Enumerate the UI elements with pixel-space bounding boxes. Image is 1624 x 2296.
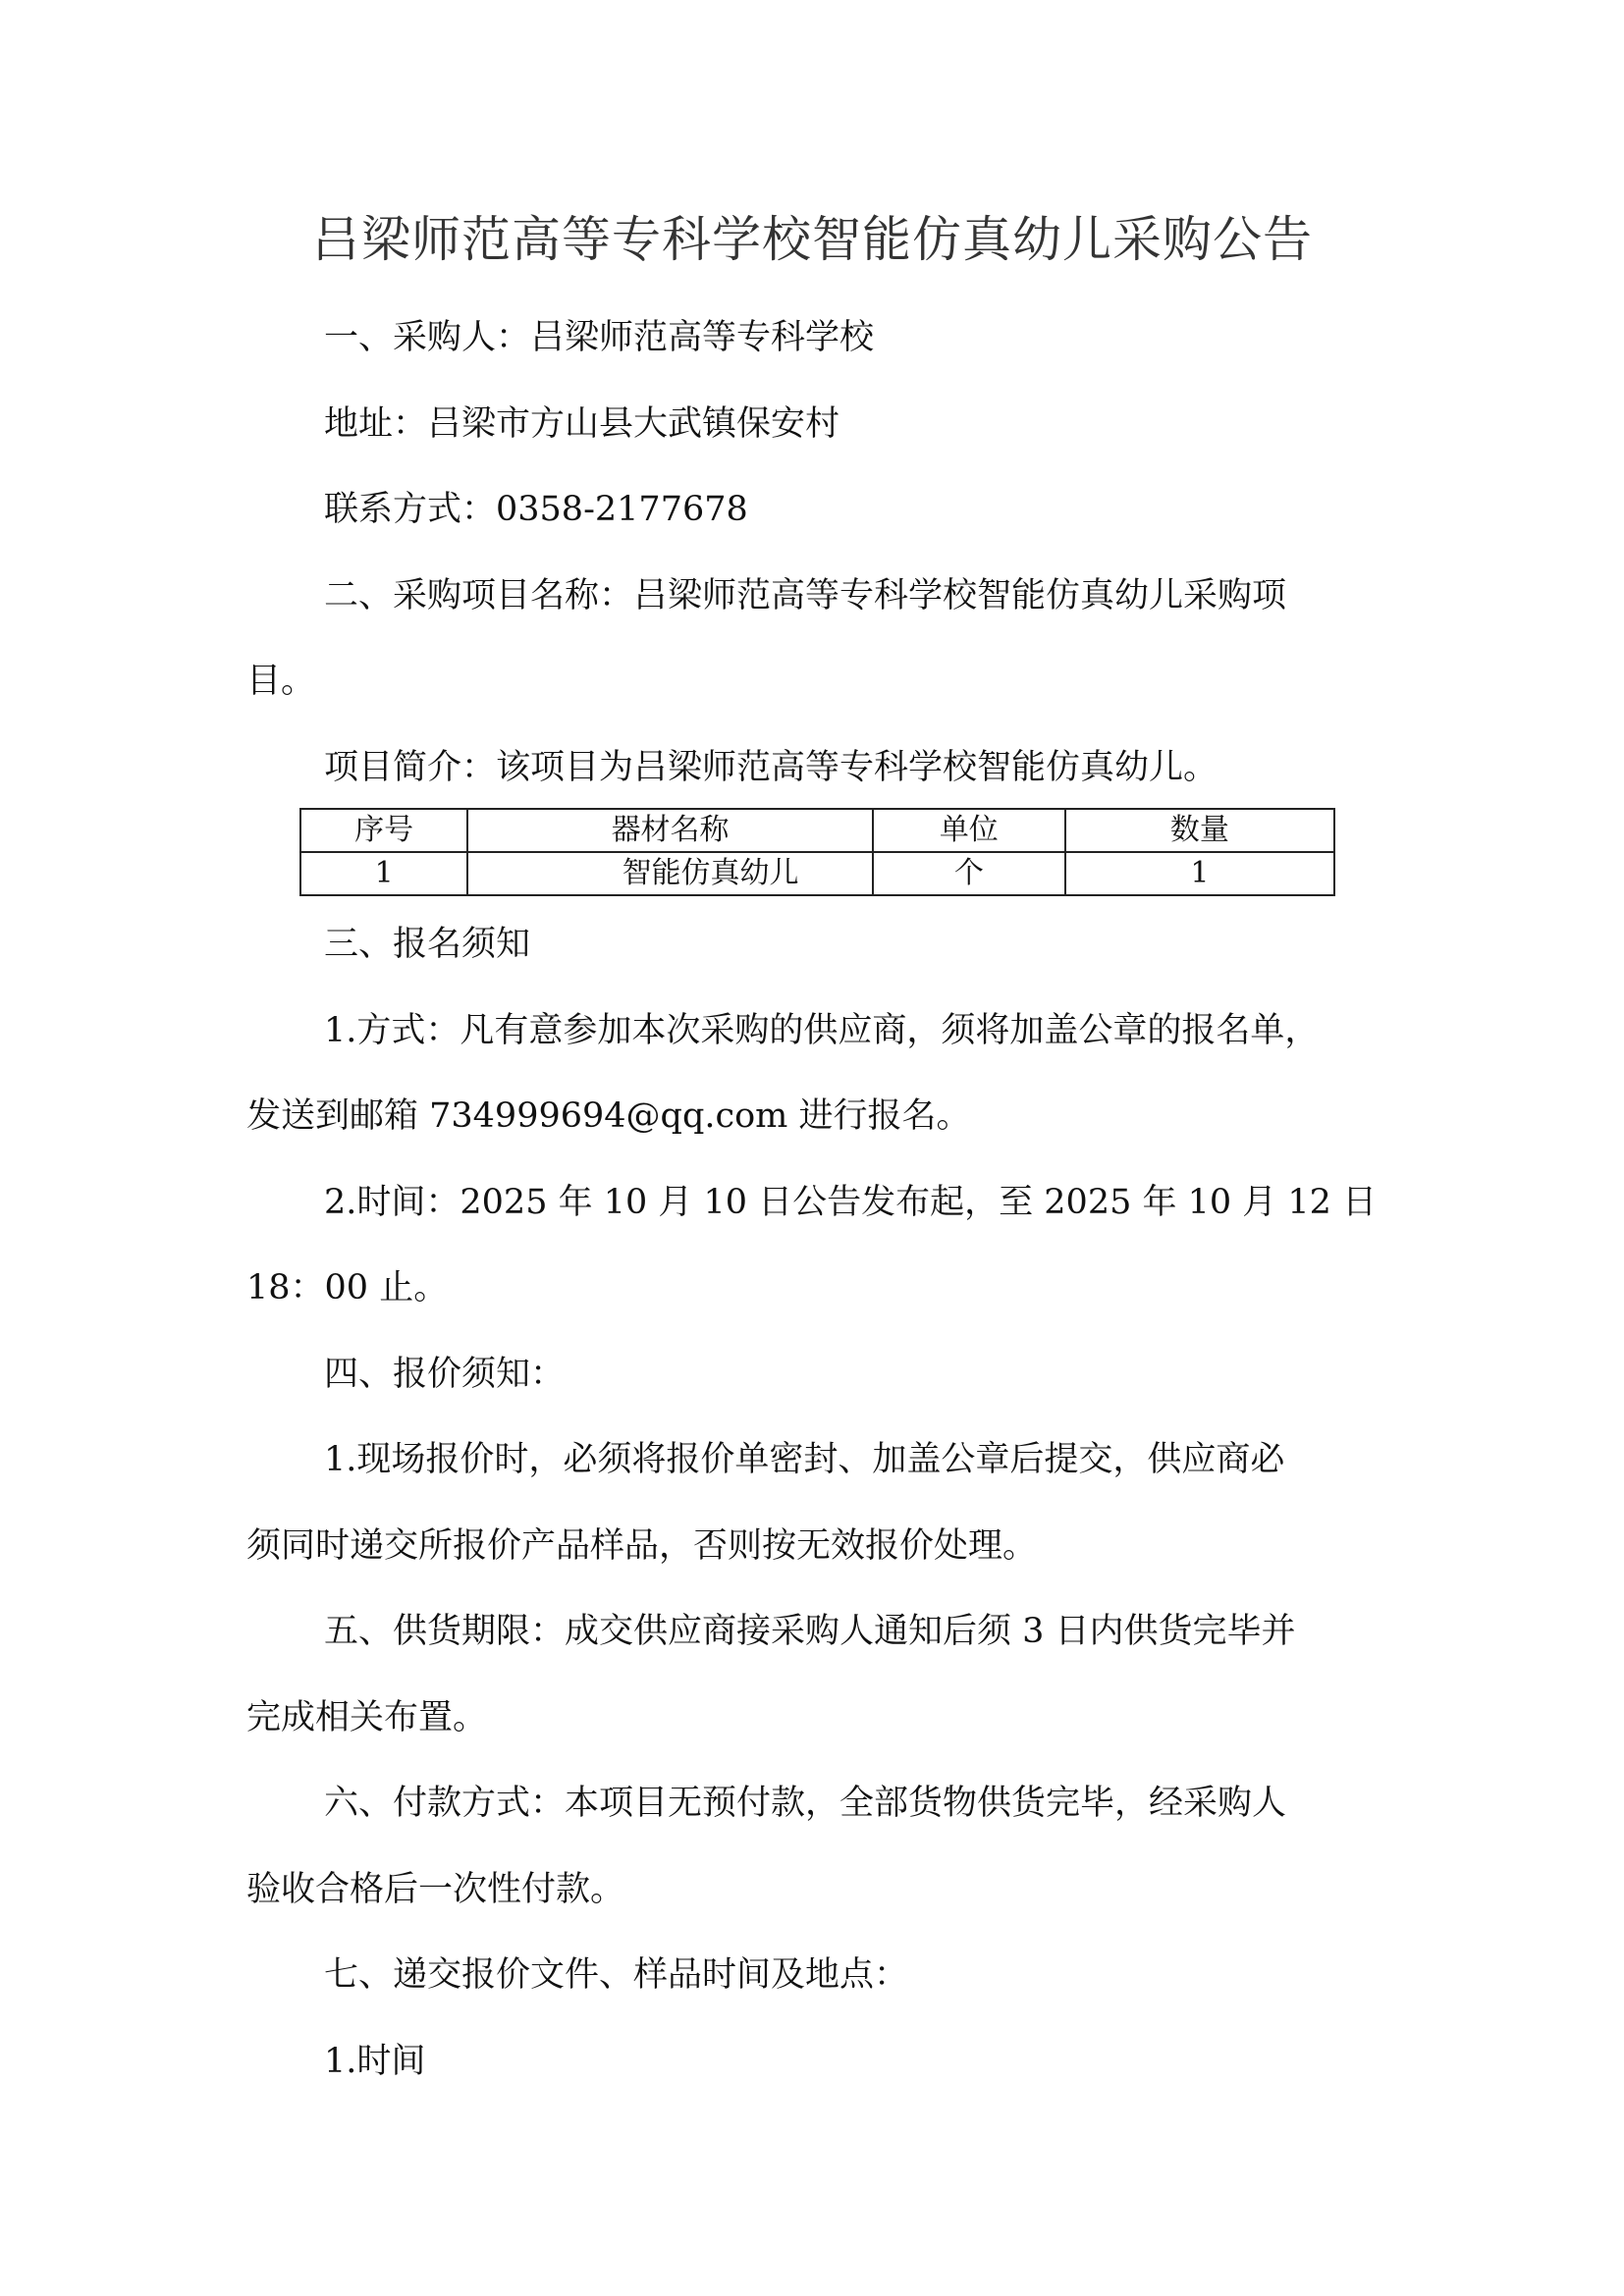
items-table: 序号 器材名称 单位 数量 1 智能仿真幼儿 个 1	[299, 808, 1335, 896]
table-row: 1 智能仿真幼儿 个 1	[300, 852, 1334, 895]
registration-time-line-2: 18：00 止。	[246, 1266, 448, 1309]
cell-equipment-name: 智能仿真幼儿	[467, 852, 872, 895]
header-unit: 单位	[873, 809, 1065, 852]
delivery-line-1: 五、供货期限：成交供应商接采购人通知后须 3 日内供货完毕并	[324, 1610, 1296, 1653]
payment-line-1: 六、付款方式：本项目无预付款，全部货物供货完毕，经采购人	[324, 1782, 1286, 1825]
project-summary: 项目简介：该项目为吕梁师范高等专科学校智能仿真幼儿。	[324, 746, 1218, 789]
cell-unit: 个	[873, 852, 1065, 895]
registration-heading: 三、报名须知	[324, 923, 530, 966]
purchaser-address: 地址：吕梁市方山县大武镇保安村	[324, 402, 839, 446]
delivery-line-2: 完成相关布置。	[246, 1696, 487, 1739]
table-header-row: 序号 器材名称 单位 数量	[300, 809, 1334, 852]
registration-method-line-1: 1.方式：凡有意参加本次采购的供应商，须将加盖公章的报名单，	[324, 1009, 1319, 1052]
cell-quantity: 1	[1065, 852, 1334, 895]
page-title: 吕梁师范高等专科学校智能仿真幼儿采购公告	[0, 208, 1624, 271]
submission-heading: 七、递交报价文件、样品时间及地点：	[324, 1953, 908, 1997]
document-page: 吕梁师范高等专科学校智能仿真幼儿采购公告 一、采购人：吕梁师范高等专科学校 地址…	[0, 0, 1624, 2296]
registration-method-line-2: 发送到邮箱 734999694@qq.com 进行报名。	[246, 1095, 970, 1138]
quotation-heading: 四、报价须知：	[324, 1353, 565, 1396]
header-index: 序号	[300, 809, 467, 852]
submission-time-label: 1.时间	[324, 2040, 425, 2083]
quotation-rule-1-line-1: 1.现场报价时，必须将报价单密封、加盖公章后提交，供应商必	[324, 1438, 1284, 1481]
cell-index: 1	[300, 852, 467, 895]
header-quantity: 数量	[1065, 809, 1334, 852]
quotation-rule-1-line-2: 须同时递交所报价产品样品，否则按无效报价处理。	[246, 1524, 1037, 1568]
project-name-line-2: 目。	[246, 660, 315, 703]
purchaser-heading: 一、采购人：吕梁师范高等专科学校	[324, 316, 874, 359]
payment-line-2: 验收合格后一次性付款。	[246, 1868, 624, 1911]
registration-time-line-1: 2.时间：2025 年 10 月 10 日公告发布起，至 2025 年 10 月…	[324, 1181, 1377, 1224]
project-name-line-1: 二、采购项目名称：吕梁师范高等专科学校智能仿真幼儿采购项	[324, 574, 1286, 617]
header-equipment-name: 器材名称	[467, 809, 872, 852]
purchaser-contact: 联系方式：0358-2177678	[324, 488, 748, 531]
